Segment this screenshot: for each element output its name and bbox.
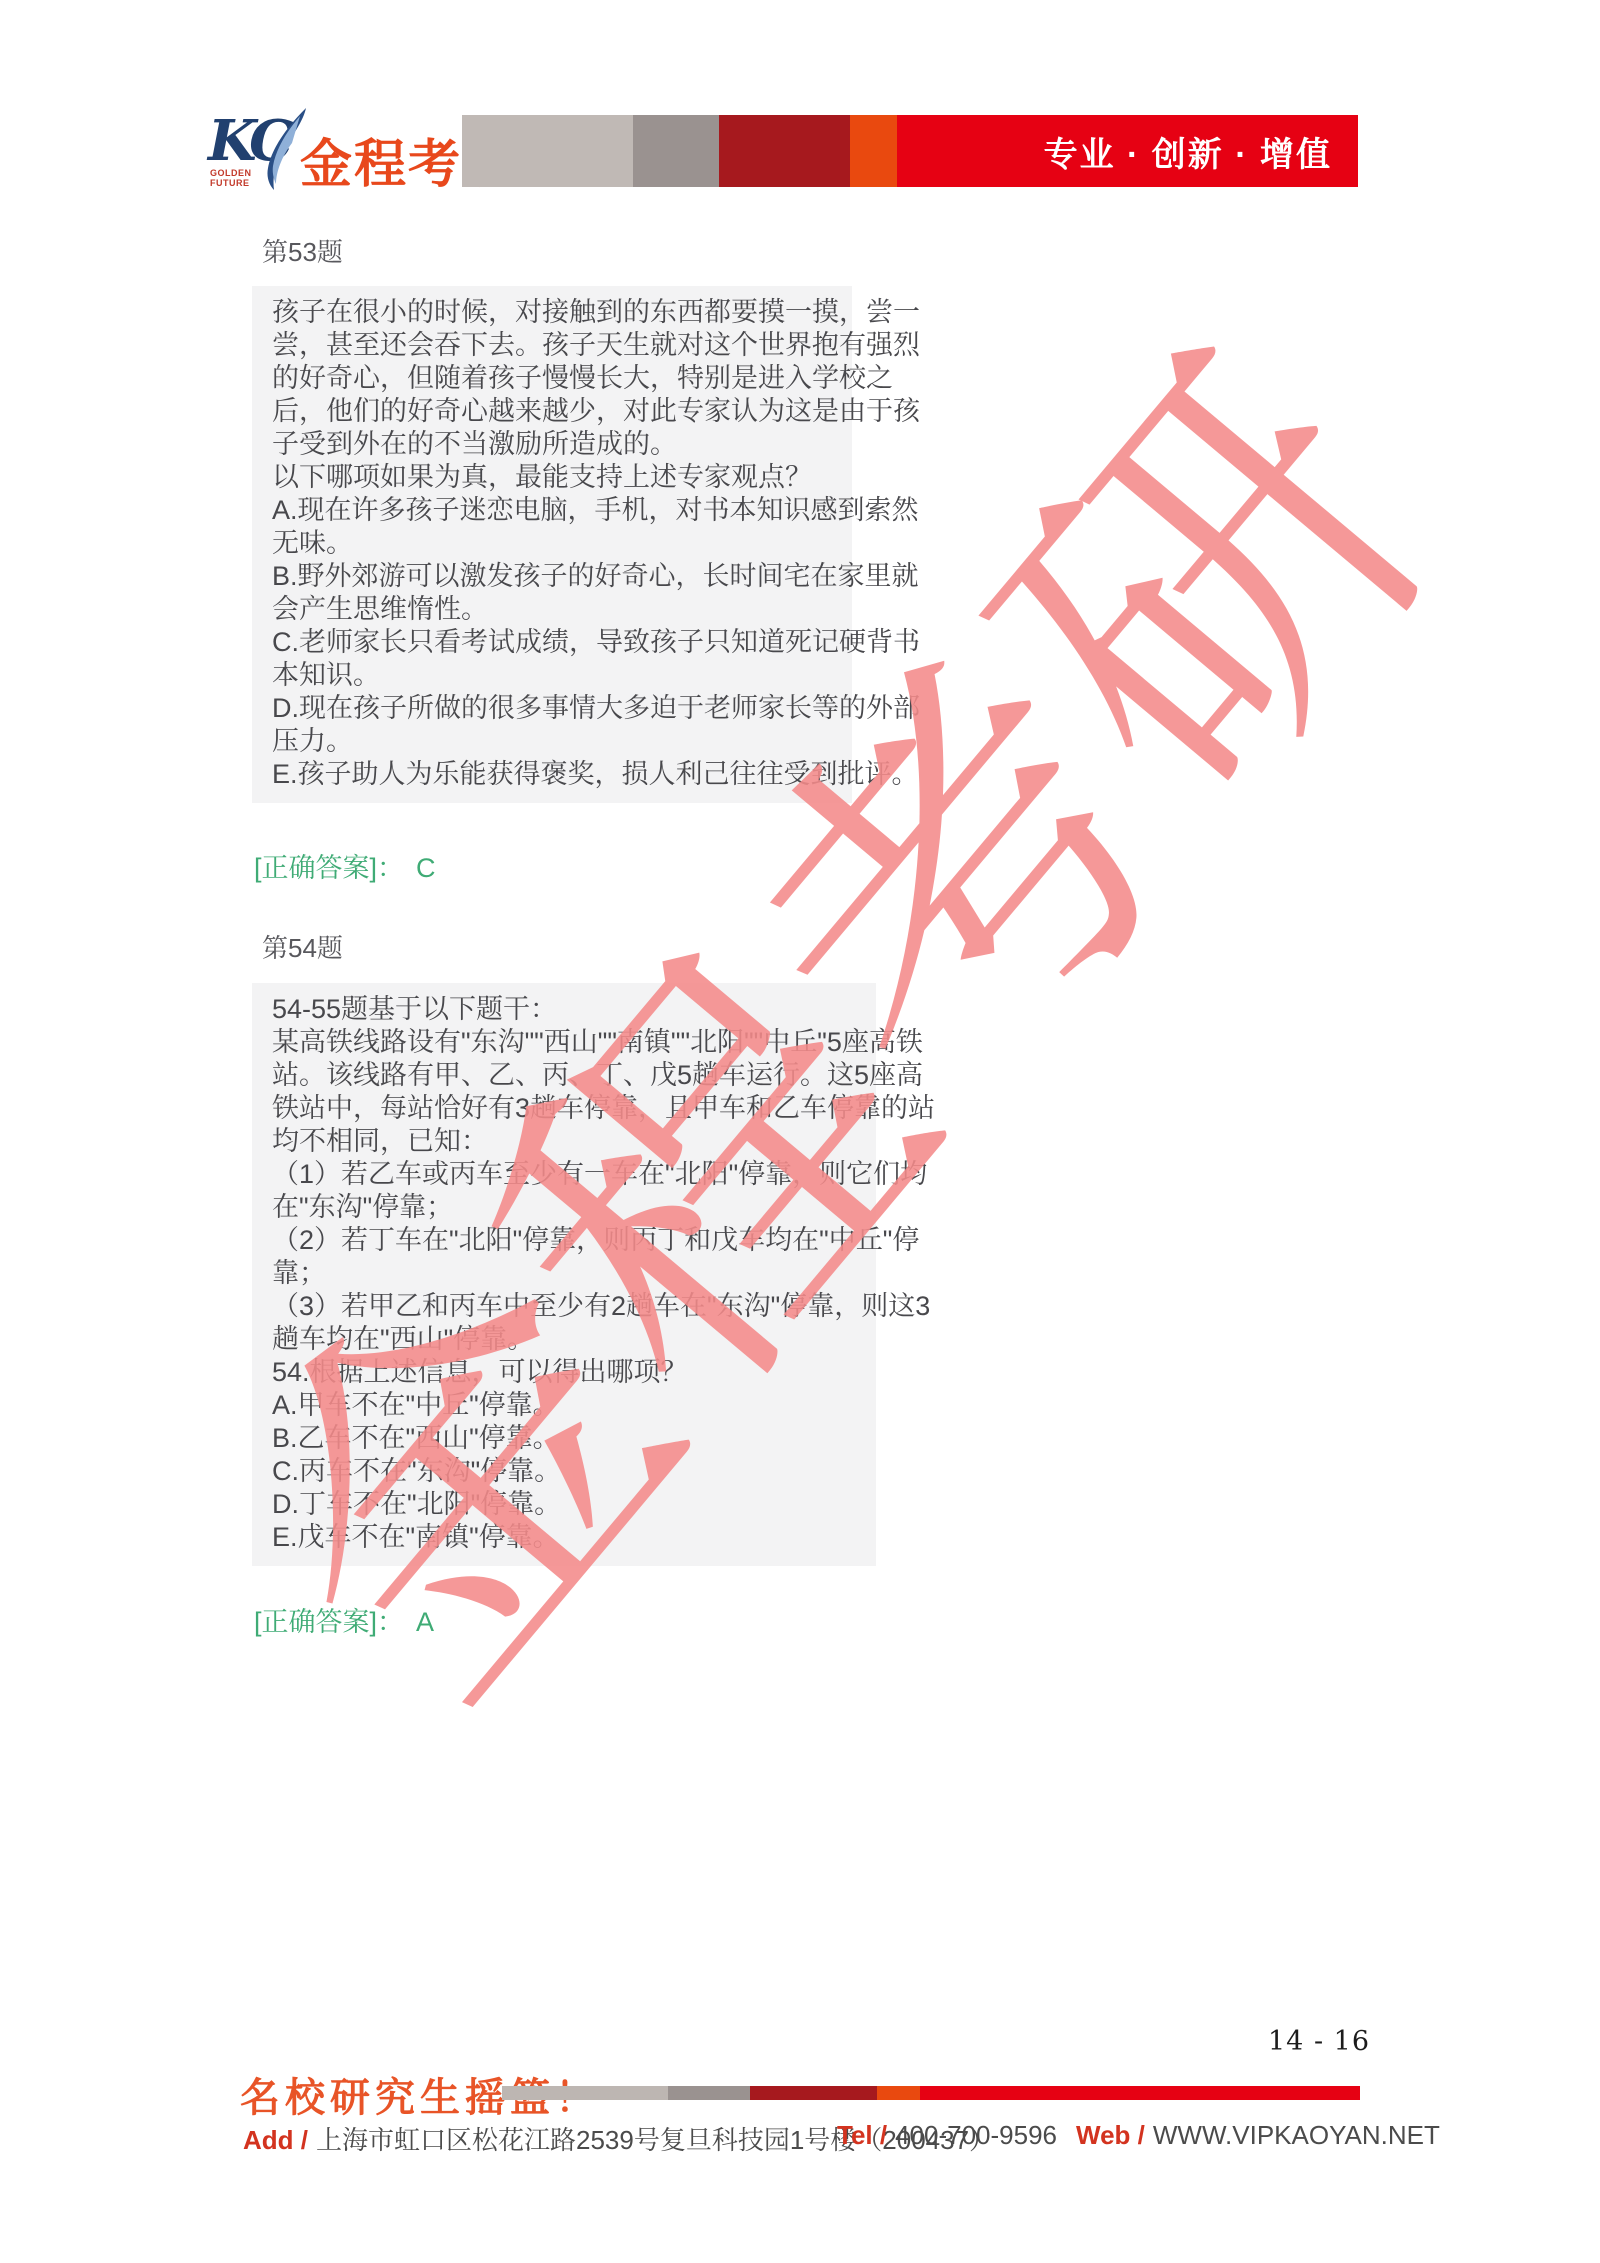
- footer-telephone: Tel /400-700-9596: [837, 2120, 1057, 2151]
- question-53-option-e: E.孩子助人为乐能获得褒奖，损人利己往往受到批评。: [272, 758, 840, 791]
- question-53-option-a-cont: 无味。: [272, 527, 840, 560]
- question-54-option-c: C.丙车不在"东沟"停靠。: [272, 1455, 864, 1488]
- telephone-label: Tel /: [837, 2120, 887, 2150]
- footer-bar-segment-orange: [877, 2086, 920, 2100]
- document-page: KC GOLDEN FUTURE 金程考研 专业 · 创新 · 增值 第53题 …: [0, 0, 1600, 2263]
- question-54-line: 站。该线路有甲、乙、丙、丁、戊5趟车运行。这5座高: [272, 1059, 864, 1092]
- footer-color-bar: [502, 2086, 1360, 2100]
- question-54-option-e: E.戊车不在"南镇"停靠。: [272, 1521, 864, 1554]
- header-slogan: 专业 · 创新 · 增值: [1044, 127, 1332, 176]
- question-53-heading: 第53题: [262, 232, 343, 269]
- question-53-line: 子受到外在的不当激励所造成的。: [272, 428, 840, 461]
- brand-logo: KC GOLDEN FUTURE: [208, 106, 308, 196]
- question-54-option-d: D.丁车不在"北阳"停靠。: [272, 1488, 864, 1521]
- question-53-option-b-cont: 会产生思维惰性。: [272, 593, 840, 626]
- question-54-option-b: B.乙车不在"西山"停靠。: [272, 1422, 864, 1455]
- footer-bar-segment-red: [920, 2086, 1360, 2100]
- address-label: Add /: [243, 2125, 308, 2155]
- header-bar-segment-gray1: [462, 115, 633, 187]
- question-53-option-c-cont: 本知识。: [272, 659, 840, 692]
- question-54-option-a: A.甲车不在"中丘"停靠。: [272, 1389, 864, 1422]
- answer-value: C: [416, 853, 436, 883]
- question-54-condition-3: （3）若甲乙和丙车中至少有2趟车在"东沟"停靠，则这3: [272, 1290, 864, 1323]
- logo-subtext: GOLDEN FUTURE: [210, 168, 280, 188]
- question-53-line: 孩子在很小的时候，对接触到的东西都要摸一摸，尝一: [272, 296, 840, 329]
- question-54-heading: 第54题: [262, 928, 343, 965]
- question-54-line: 铁站中，每站恰好有3趟车停靠，且甲车和乙车停靠的站: [272, 1092, 864, 1125]
- footer-bar-segment-darkred: [750, 2086, 877, 2100]
- question-54-condition-3-cont: 趟车均在"西山"停靠。: [272, 1323, 864, 1356]
- website-value: WWW.VIPKAOYAN.NET: [1153, 2120, 1440, 2150]
- page-number: 14 - 16: [1268, 2026, 1370, 2057]
- header-color-bar: 专业 · 创新 · 增值: [462, 115, 1358, 187]
- question-53-line: 的好奇心，但随着孩子慢慢长大，特别是进入学校之: [272, 362, 840, 395]
- question-54-body: 54-55题基于以下题干： 某高铁线路设有"东沟""西山""南镇""北阳""中丘…: [252, 983, 876, 1566]
- question-54-condition-2-cont: 靠；: [272, 1257, 864, 1290]
- website-label: Web /: [1076, 2120, 1145, 2150]
- question-54-condition-1: （1）若乙车或丙车至少有一车在"北阳"停靠，则它们均: [272, 1158, 864, 1191]
- question-53-option-c: C.老师家长只看考试成绩，导致孩子只知道死记硬背书: [272, 626, 840, 659]
- header-bar-segment-darkred: [719, 115, 850, 187]
- question-54-line: 均不相同，已知：: [272, 1125, 864, 1158]
- header-bar-segment-orange: [850, 115, 897, 187]
- footer-bar-segment-gray2: [668, 2086, 750, 2100]
- question-54-condition-2: （2）若丁车在"北阳"停靠，则丙丁和戊车均在"中丘"停: [272, 1224, 864, 1257]
- question-54-prompt: 54.根据上述信息，可以得出哪项？: [272, 1356, 864, 1389]
- question-54-stem-title: 54-55题基于以下题干：: [272, 993, 864, 1026]
- question-53-option-a: A.现在许多孩子迷恋电脑，手机，对书本知识感到索然: [272, 494, 840, 527]
- question-53-prompt: 以下哪项如果为真，最能支持上述专家观点？: [272, 461, 840, 494]
- question-53-option-d: D.现在孩子所做的很多事情大多迫于老师家长等的外部: [272, 692, 840, 725]
- question-54-condition-1-cont: 在"东沟"停靠；: [272, 1191, 864, 1224]
- answer-value: A: [416, 1607, 434, 1637]
- answer-label: [正确答案]：: [254, 853, 404, 883]
- question-53-option-b: B.野外郊游可以激发孩子的好奇心，长时间宅在家里就: [272, 560, 840, 593]
- question-54-answer: [正确答案]：A: [254, 1600, 434, 1639]
- question-53-line: 后，他们的好奇心越来越少，对此专家认为这是由于孩: [272, 395, 840, 428]
- header-slogan-banner: 专业 · 创新 · 增值: [897, 115, 1358, 187]
- footer-website: Web /WWW.VIPKAOYAN.NET: [1076, 2120, 1440, 2151]
- question-53-answer: [正确答案]：C: [254, 846, 436, 885]
- footer-bar-segment-gray1: [502, 2086, 668, 2100]
- question-53-line: 尝，甚至还会吞下去。孩子天生就对这个世界抱有强烈: [272, 329, 840, 362]
- answer-label: [正确答案]：: [254, 1607, 404, 1637]
- question-53-body: 孩子在很小的时候，对接触到的东西都要摸一摸，尝一 尝，甚至还会吞下去。孩子天生就…: [252, 286, 852, 803]
- question-54-line: 某高铁线路设有"东沟""西山""南镇""北阳""中丘"5座高铁: [272, 1026, 864, 1059]
- telephone-value: 400-700-9596: [895, 2120, 1057, 2150]
- header-bar-segment-gray2: [633, 115, 719, 187]
- question-53-option-d-cont: 压力。: [272, 725, 840, 758]
